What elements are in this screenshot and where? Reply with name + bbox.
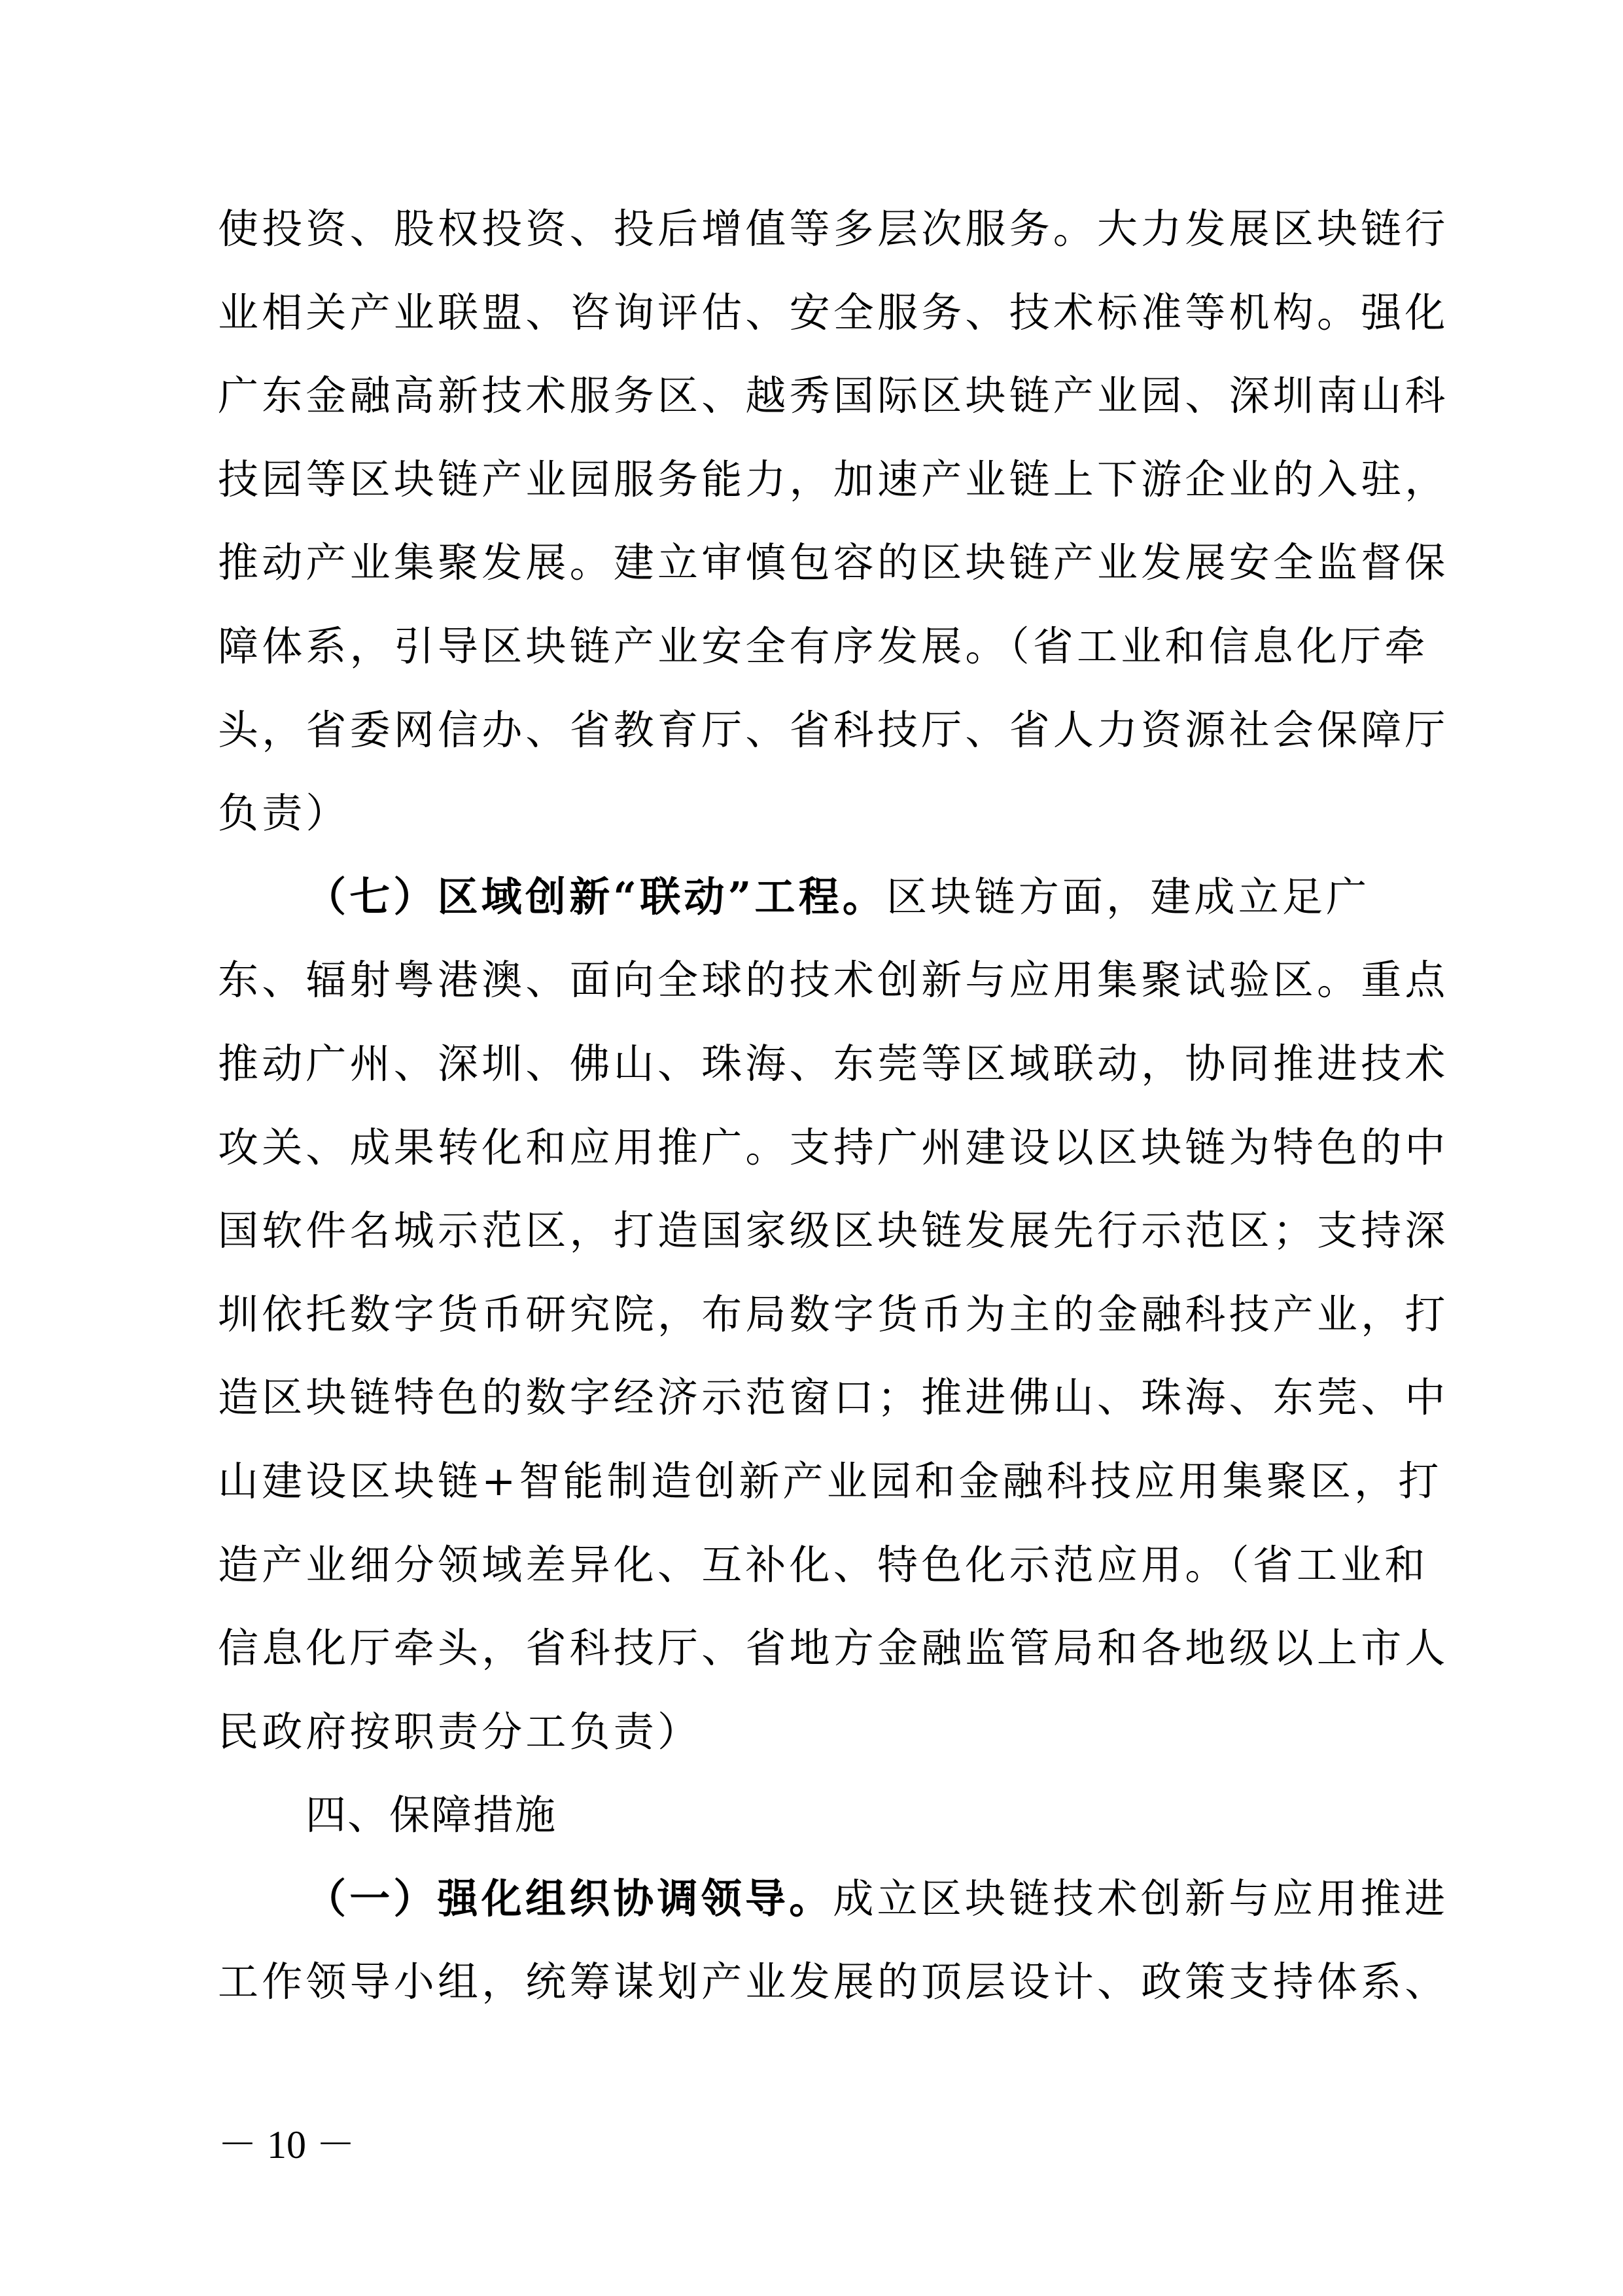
text-line: 造区块链特色的数字经济示范窗口；推进佛山、珠海、东莞、中 bbox=[218, 1356, 1450, 1439]
text-line: （一）强化组织协调领导。成立区块链技术创新与应用推进 bbox=[218, 1857, 1450, 1941]
section-7-text-start: 区块链方面，建成立足广 bbox=[886, 873, 1370, 921]
text-line: 圳依托数字货币研究院，布局数字货币为主的金融科技产业，打 bbox=[218, 1273, 1450, 1356]
section-7-paragraph: （七）区域创新“联动”工程。区块链方面，建成立足广 东、辐射粤港澳、面向全球的技… bbox=[218, 855, 1450, 1774]
document-page: 使投资、股权投资、投后增值等多层次服务。大力发展区块链行 业相关产业联盟、咨询评… bbox=[0, 0, 1623, 2296]
text-line: 东、辐射粤港澳、面向全球的技术创新与应用集聚试验区。重点 bbox=[218, 938, 1450, 1022]
section-4-1-text-start: 成立区块链技术创新与应用推进 bbox=[833, 1875, 1448, 1922]
text-line: 障体系，引导区块链产业安全有序发展。（省工业和信息化厅牵 bbox=[218, 605, 1450, 688]
text-line: 头，省委网信办、省教育厅、省科技厅、省人力资源社会保障厅 bbox=[218, 688, 1450, 772]
text-line: 使投资、股权投资、投后增值等多层次服务。大力发展区块链行 bbox=[218, 187, 1450, 271]
section-7-title: （七）区域创新“联动”工程。 bbox=[305, 873, 886, 921]
paragraph-continued: 使投资、股权投资、投后增值等多层次服务。大力发展区块链行 业相关产业联盟、咨询评… bbox=[218, 187, 1450, 855]
text-line: 民政府按职责分工负责） bbox=[218, 1690, 1450, 1774]
text-line: 攻关、成果转化和应用推广。支持广州建设以区块链为特色的中 bbox=[218, 1106, 1450, 1190]
text-line: 广东金融高新技术服务区、越秀国际区块链产业园、深圳南山科 bbox=[218, 354, 1450, 438]
section-4-1-paragraph: （一）强化组织协调领导。成立区块链技术创新与应用推进 工作领导小组，统筹谋划产业… bbox=[218, 1857, 1450, 2024]
text-line: 业相关产业联盟、咨询评估、安全服务、技术标准等机构。强化 bbox=[218, 271, 1450, 355]
text-line: 山建设区块链+智能制造创新产业园和金融科技应用集聚区，打 bbox=[218, 1439, 1450, 1523]
text-line: 国软件名城示范区，打造国家级区块链发展先行示范区；支持深 bbox=[218, 1189, 1450, 1273]
chapter-heading: 四、保障措施 bbox=[218, 1773, 1450, 1857]
page-number: － 10 － bbox=[218, 2125, 355, 2164]
text-line: （七）区域创新“联动”工程。区块链方面，建成立足广 bbox=[218, 855, 1450, 939]
body-text: 使投资、股权投资、投后增值等多层次服务。大力发展区块链行 业相关产业联盟、咨询评… bbox=[218, 187, 1450, 2024]
text-line: 信息化厅牵头，省科技厅、省地方金融监管局和各地级以上市人 bbox=[218, 1606, 1450, 1690]
text-line: 推动广州、深圳、佛山、珠海、东莞等区域联动，协同推进技术 bbox=[218, 1022, 1450, 1106]
text-line: 负责） bbox=[218, 771, 1450, 855]
section-4-1-title: （一）强化组织协调领导。 bbox=[305, 1875, 833, 1922]
text-line: 造产业细分领域差异化、互补化、特色化示范应用。（省工业和 bbox=[218, 1523, 1450, 1607]
text-line: 工作领导小组，统筹谋划产业发展的顶层设计、政策支持体系、 bbox=[218, 1940, 1450, 2024]
text-line: 技园等区块链产业园服务能力，加速产业链上下游企业的入驻， bbox=[218, 438, 1450, 521]
text-line: 推动产业集聚发展。建立审慎包容的区块链产业发展安全监督保 bbox=[218, 521, 1450, 605]
